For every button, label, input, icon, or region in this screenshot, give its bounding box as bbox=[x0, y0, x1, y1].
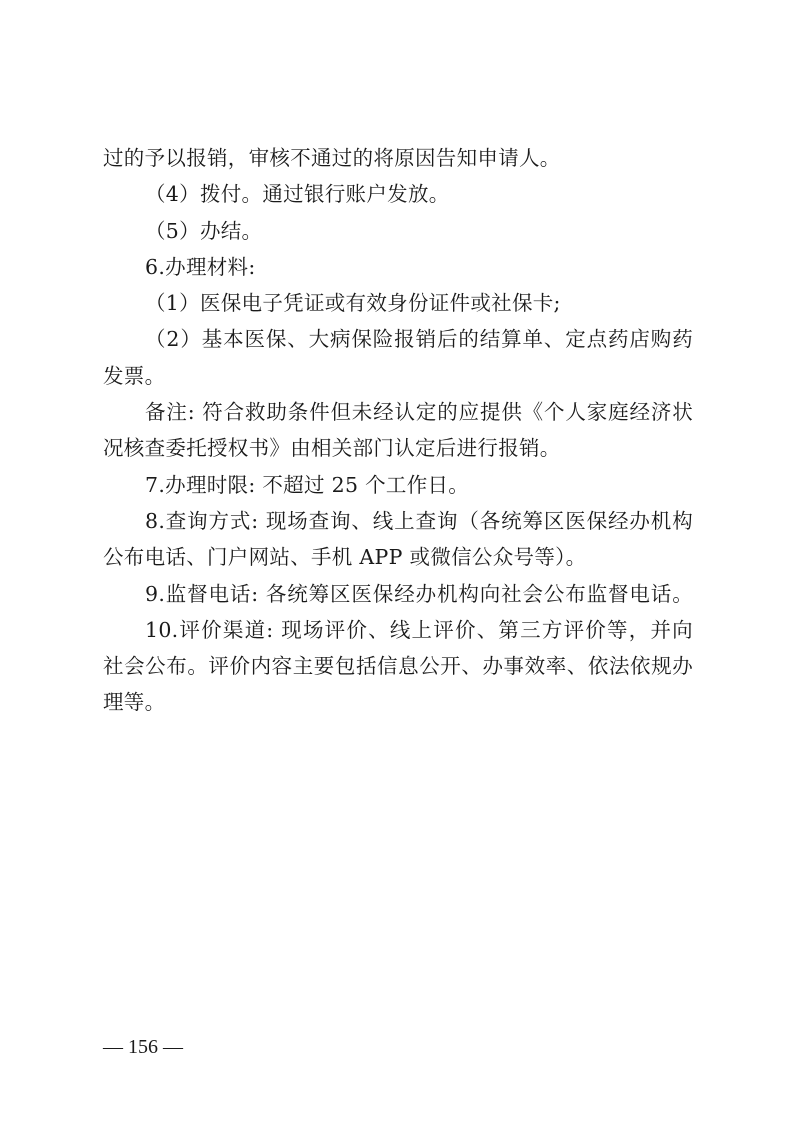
section-10-evaluation: 10.评价渠道: 现场评价、线上评价、第三方评价等，并向 bbox=[103, 612, 693, 648]
section-7-time-limit: 7.办理时限: 不超过 25 个工作日。 bbox=[103, 467, 693, 503]
material-item-2-continued: 发票。 bbox=[103, 358, 693, 394]
section-8-inquiry-continued: 公布电话、门户网站、手机 APP 或微信公众号等）。 bbox=[103, 539, 693, 575]
remark-note-continued: 况核查委托授权书》由相关部门认定后进行报销。 bbox=[103, 430, 693, 466]
material-item-1: （1）医保电子凭证或有效身份证件或社保卡; bbox=[103, 285, 693, 321]
remark-note: 备注: 符合救助条件但未经认定的应提供《个人家庭经济状 bbox=[103, 394, 693, 430]
paragraph-line: 过的予以报销，审核不通过的将原因告知申请人。 bbox=[103, 140, 693, 176]
section-10-evaluation-end: 理等。 bbox=[103, 684, 693, 720]
section-6-materials-heading: 6.办理材料: bbox=[103, 249, 693, 285]
step-5-completion: （5）办结。 bbox=[103, 213, 693, 249]
step-4-payment: （4）拨付。通过银行账户发放。 bbox=[103, 176, 693, 212]
section-8-inquiry: 8.查询方式: 现场查询、线上查询（各统筹区医保经办机构 bbox=[103, 503, 693, 539]
page-number: — 156 — bbox=[103, 1036, 183, 1059]
document-body: 过的予以报销，审核不通过的将原因告知申请人。 （4）拨付。通过银行账户发放。 （… bbox=[103, 140, 693, 721]
section-10-evaluation-continued: 社会公布。评价内容主要包括信息公开、办事效率、依法依规办 bbox=[103, 648, 693, 684]
material-item-2: （2）基本医保、大病保险报销后的结算单、定点药店购药 bbox=[103, 321, 693, 357]
section-9-supervision-phone: 9.监督电话: 各统筹区医保经办机构向社会公布监督电话。 bbox=[103, 576, 693, 612]
